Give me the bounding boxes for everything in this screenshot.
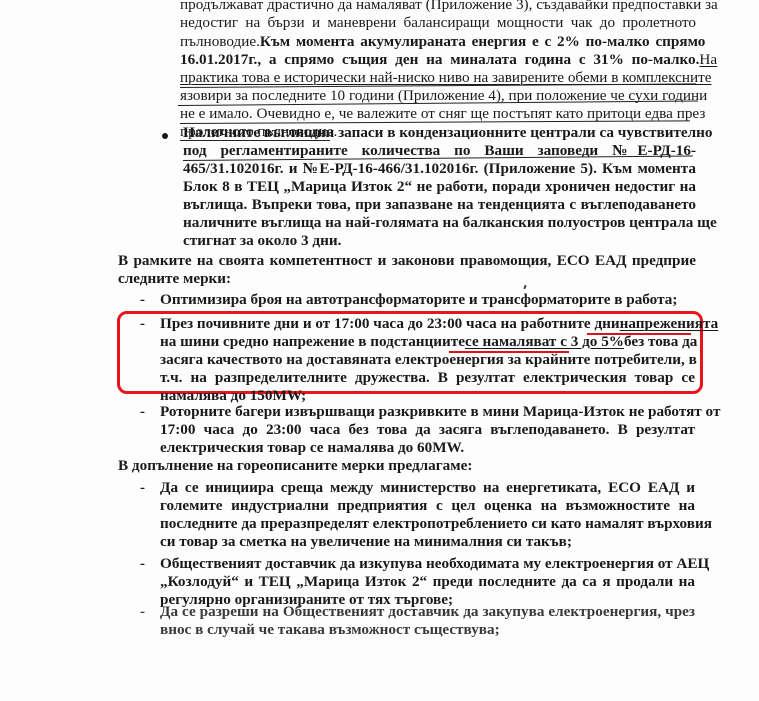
text-line: наличните въглища на най-голямата на бал…: [183, 214, 696, 232]
text-line: Блок 8 в ТЕЦ „Марица Изток 2“ не работи,…: [183, 178, 696, 196]
text-line: продължават драстично да намаляват (Прил…: [180, 0, 696, 14]
text-line: „Козлодуй“ и ТЕЦ „Марица Изток 2“ преди …: [160, 573, 695, 591]
text-line: 16.01.2017г., а спрямо същия ден на мина…: [180, 51, 696, 69]
text-line: стигнат за около 3 дни.: [183, 232, 341, 250]
text-line: на шини средно напрежение в подстанциите…: [160, 333, 695, 351]
text-line: следните мерки:: [118, 270, 231, 288]
dash-bullet: -: [140, 479, 145, 497]
text-line: Общественият доставчик да изкупува необх…: [160, 555, 695, 573]
text-line: 17:00 часа до 23:00 часа без това да зас…: [160, 421, 695, 439]
text-fragment: пълноводие.: [180, 33, 260, 51]
text-fragment-bold: Към момента акумулираната енергия е с 2%…: [260, 33, 705, 51]
text-line: През почивните дни и от 17:00 часа до 23…: [160, 315, 695, 333]
text-fragment: без това да: [624, 333, 697, 351]
text-line: въглища. Въпреки това, при запазване на …: [183, 196, 696, 214]
text-line: недостиг на бързи и маневрени балансиращ…: [180, 14, 696, 32]
text-fragment-underlined: се намаляват с 3 до 5%: [465, 333, 624, 351]
dash-bullet: -: [140, 555, 145, 573]
text-line: Роторните багери извършващи разкривките …: [160, 403, 695, 421]
text-line: 465/31.102016г. и №Е-РД-16-466/31.102016…: [183, 160, 696, 178]
dash-bullet: -: [140, 291, 145, 309]
dash-bullet: -: [140, 403, 145, 421]
text-line: последните да преразпределят електропотр…: [160, 515, 695, 533]
dash-bullet: -: [140, 315, 145, 333]
text-fragment-underlined: напреженията: [620, 315, 719, 333]
bullet-icon: [162, 133, 168, 139]
text-line: електрическия товар се намалява до 60MW.: [160, 439, 464, 457]
text-line: засяга качеството на доставяната електро…: [160, 351, 695, 369]
text-line: Да се инициира среща между министерство …: [160, 479, 695, 497]
text-fragment: През почивните дни и от 17:00 часа до 23…: [160, 315, 620, 333]
text-line: Оптимизира броя на автотрансформаторите …: [160, 291, 677, 309]
dash-bullet: -: [140, 603, 145, 621]
text-line: В рамките на своята компетентност и зако…: [118, 252, 696, 270]
text-line: пълноводие. Към момента акумулираната ен…: [180, 33, 696, 51]
scanned-document-page: продължават драстично да намаляват (Прил…: [0, 0, 759, 701]
text-line: Да се разреши на Общественият доставчик …: [160, 603, 695, 621]
text-fragment: на шини средно напрежение в подстанциите: [160, 333, 465, 351]
scan-speck: [523, 285, 526, 289]
text-fragment-underlined: На: [699, 51, 717, 69]
text-line: Наличните въглищни запаси в кондензацион…: [183, 124, 696, 142]
text-line: си товар за сметка на увеличение на мини…: [160, 533, 572, 551]
text-line: т.ч. на разпределителните дружества. В р…: [160, 369, 695, 387]
proposals-heading: В допълнение на гореописаните мерки пред…: [118, 457, 472, 475]
text-fragment-bold: 16.01.2017г., а спрямо същия ден на мина…: [180, 51, 699, 69]
text-line: големите индустриални предприятия с цел …: [160, 497, 695, 515]
text-line: внос в случай че такава възможност същес…: [160, 621, 500, 639]
